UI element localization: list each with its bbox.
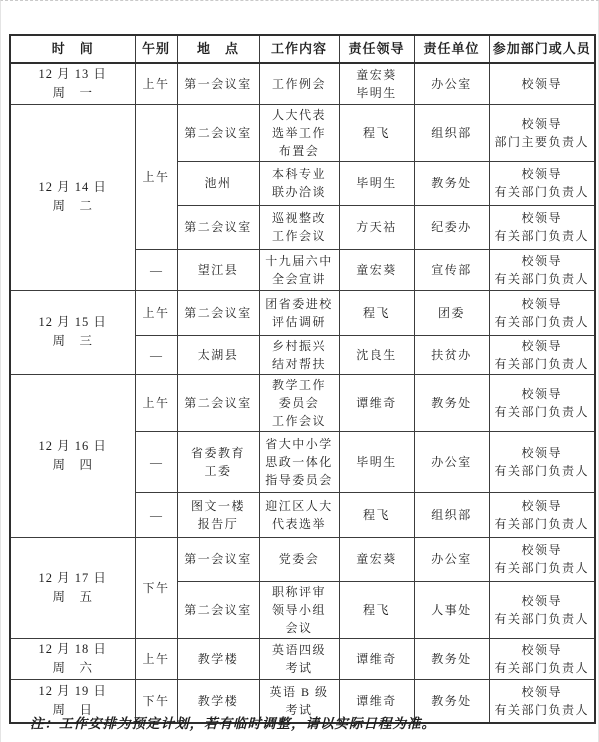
cell-session: 下午 (135, 537, 177, 638)
table-row: 12 月 16 日 周 四 上午 第二会议室 教学工作 委员会 工作会议 谭维奇… (10, 374, 595, 431)
cell-leader: 沈良生 (339, 335, 414, 374)
cell-unit: 办公室 (414, 537, 489, 581)
cell-leader: 程飞 (339, 290, 414, 335)
cell-unit: 教务处 (414, 161, 489, 205)
cell-unit: 办公室 (414, 431, 489, 492)
cell-participants: 校领导 有关部门负责人 (489, 679, 595, 723)
table-row: 12 月 13 日 周 一 上午 第一会议室 工作例会 童宏葵 毕明生 办公室 … (10, 63, 595, 104)
cell-content: 十九届六中 全会宣讲 (259, 249, 339, 290)
cell-date: 12 月 13 日 周 一 (10, 63, 135, 104)
cell-participants: 校领导 有关部门负责人 (489, 492, 595, 537)
cell-unit: 教务处 (414, 638, 489, 679)
cell-session: 上午 (135, 638, 177, 679)
header-content: 工作内容 (259, 35, 339, 63)
cell-content: 巡视整改 工作会议 (259, 205, 339, 249)
cell-place: 第二会议室 (177, 205, 259, 249)
cell-session: — (135, 335, 177, 374)
cell-content: 工作例会 (259, 63, 339, 104)
cell-unit: 纪委办 (414, 205, 489, 249)
cell-content: 教学工作 委员会 工作会议 (259, 374, 339, 431)
header-unit: 责任单位 (414, 35, 489, 63)
cell-leader: 程飞 (339, 581, 414, 638)
cell-leader: 童宏葵 毕明生 (339, 63, 414, 104)
page: 时 间 午别 地 点 工作内容 责任领导 责任单位 参加部门或人员 12 月 1… (0, 0, 599, 742)
footnote: 注：工作安排为预定计划，若有临时调整，请以实际日程为准。 (30, 712, 436, 732)
cell-content: 团省委进校 评估调研 (259, 290, 339, 335)
cell-leader: 谭维奇 (339, 638, 414, 679)
cell-place: 第一会议室 (177, 537, 259, 581)
cell-participants: 校领导 有关部门负责人 (489, 290, 595, 335)
cell-place: 第一会议室 (177, 63, 259, 104)
cell-session: 上午 (135, 290, 177, 335)
cell-participants: 校领导 有关部门负责人 (489, 431, 595, 492)
cell-session: — (135, 492, 177, 537)
cell-date: 12 月 15 日 周 三 (10, 290, 135, 374)
cell-participants: 校领导 有关部门负责人 (489, 638, 595, 679)
cell-participants: 校领导 部门主要负责人 (489, 104, 595, 161)
cell-date: 12 月 16 日 周 四 (10, 374, 135, 537)
cell-date: 12 月 14 日 周 二 (10, 104, 135, 290)
cell-place: 第二会议室 (177, 581, 259, 638)
cell-participants: 校领导 有关部门负责人 (489, 249, 595, 290)
cell-place: 池州 (177, 161, 259, 205)
cell-leader: 童宏葵 (339, 249, 414, 290)
header-participants: 参加部门或人员 (489, 35, 595, 63)
table-row: 12 月 14 日 周 二 上午 第二会议室 人大代表 选举工作 布置会 程飞 … (10, 104, 595, 161)
work-schedule-table: 时 间 午别 地 点 工作内容 责任领导 责任单位 参加部门或人员 12 月 1… (9, 34, 596, 724)
cell-unit: 教务处 (414, 374, 489, 431)
cell-place: 第二会议室 (177, 104, 259, 161)
cell-content: 人大代表 选举工作 布置会 (259, 104, 339, 161)
cell-leader: 程飞 (339, 492, 414, 537)
cell-participants: 校领导 有关部门负责人 (489, 205, 595, 249)
cell-place: 望江县 (177, 249, 259, 290)
cell-leader: 谭维奇 (339, 374, 414, 431)
cell-session: — (135, 431, 177, 492)
cell-participants: 校领导 有关部门负责人 (489, 581, 595, 638)
cell-unit: 组织部 (414, 104, 489, 161)
cell-place: 图文一楼 报告厅 (177, 492, 259, 537)
cell-session: — (135, 249, 177, 290)
cell-participants: 校领导 有关部门负责人 (489, 335, 595, 374)
cell-participants: 校领导 (489, 63, 595, 104)
cell-place: 第二会议室 (177, 290, 259, 335)
table-row: 12 月 15 日 周 三 上午 第二会议室 团省委进校 评估调研 程飞 团委 … (10, 290, 595, 335)
cell-participants: 校领导 有关部门负责人 (489, 537, 595, 581)
cell-place: 太湖县 (177, 335, 259, 374)
cell-content: 乡村振兴 结对帮扶 (259, 335, 339, 374)
cell-unit: 宣传部 (414, 249, 489, 290)
cell-leader: 毕明生 (339, 431, 414, 492)
cell-participants: 校领导 有关部门负责人 (489, 374, 595, 431)
cell-unit: 扶贫办 (414, 335, 489, 374)
cell-content: 本科专业 联办洽谈 (259, 161, 339, 205)
cell-place: 第二会议室 (177, 374, 259, 431)
cell-leader: 方天祜 (339, 205, 414, 249)
cell-leader: 毕明生 (339, 161, 414, 205)
cell-place: 省委教育 工委 (177, 431, 259, 492)
header-place: 地 点 (177, 35, 259, 63)
cell-unit: 组织部 (414, 492, 489, 537)
table-row: 12 月 18 日 周 六 上午 教学楼 英语四级 考试 谭维奇 教务处 校领导… (10, 638, 595, 679)
cell-content: 职称评审 领导小组 会议 (259, 581, 339, 638)
cell-place: 教学楼 (177, 638, 259, 679)
cell-session: 上午 (135, 374, 177, 431)
cell-unit: 团委 (414, 290, 489, 335)
cell-content: 英语四级 考试 (259, 638, 339, 679)
cell-date: 12 月 17 日 周 五 (10, 537, 135, 638)
cell-session: 上午 (135, 104, 177, 249)
cell-content: 省大中小学 思政一体化 指导委员会 (259, 431, 339, 492)
cell-session: 上午 (135, 63, 177, 104)
cell-leader: 童宏葵 (339, 537, 414, 581)
cell-participants: 校领导 有关部门负责人 (489, 161, 595, 205)
cell-content: 迎江区人大 代表选举 (259, 492, 339, 537)
header-time: 时 间 (10, 35, 135, 63)
header-leader: 责任领导 (339, 35, 414, 63)
cell-leader: 程飞 (339, 104, 414, 161)
table-row: 12 月 17 日 周 五 下午 第一会议室 党委会 童宏葵 办公室 校领导 有… (10, 537, 595, 581)
cell-unit: 人事处 (414, 581, 489, 638)
cell-date: 12 月 18 日 周 六 (10, 638, 135, 679)
header-session: 午别 (135, 35, 177, 63)
cell-content: 党委会 (259, 537, 339, 581)
header-row: 时 间 午别 地 点 工作内容 责任领导 责任单位 参加部门或人员 (10, 35, 595, 63)
cell-unit: 办公室 (414, 63, 489, 104)
